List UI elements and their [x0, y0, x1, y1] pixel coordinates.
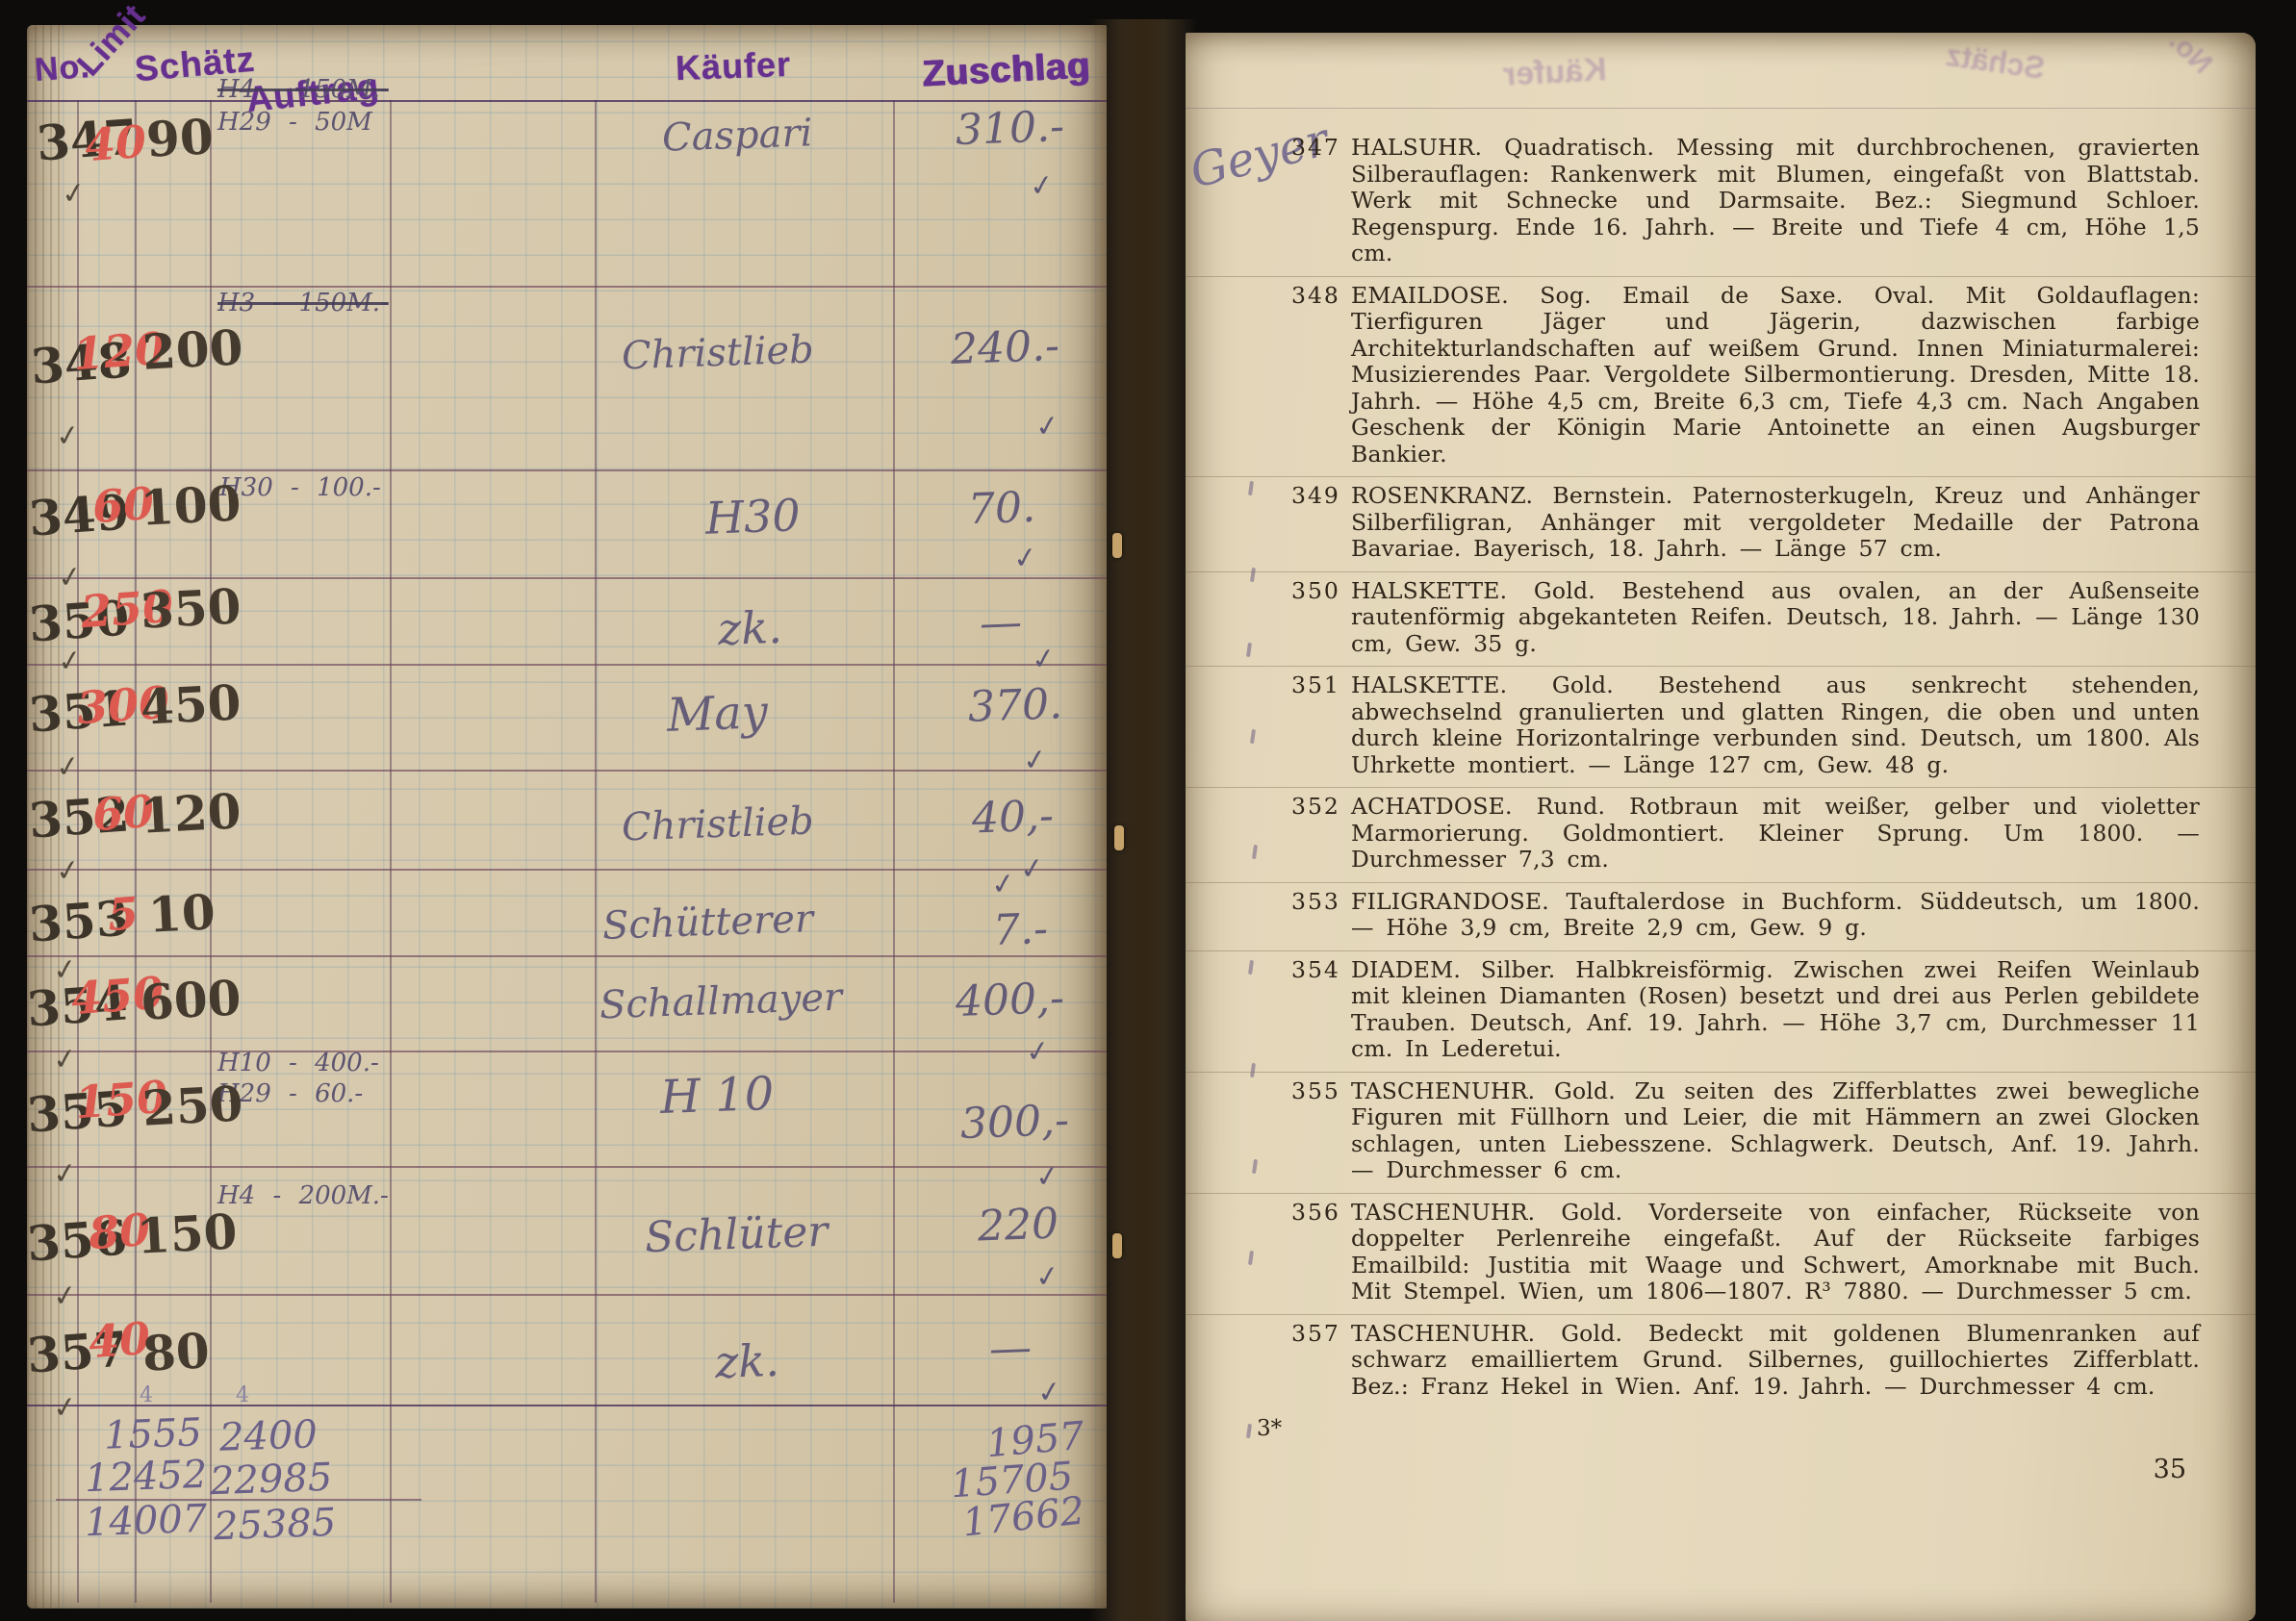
- row-rule: [27, 770, 1107, 772]
- catalog-entry-number: 347: [1291, 135, 1343, 162]
- schaetz-value: 450: [140, 673, 242, 735]
- catalog-entry-text: ACHATDOSE. Rund. Rotbraun mit weißer, ge…: [1351, 793, 2200, 873]
- buyer-name: Schallmayer: [599, 975, 843, 1028]
- buyer-name: Christlieb: [621, 799, 814, 850]
- check-mark: ✓: [1018, 850, 1047, 887]
- check-mark: ✓: [56, 643, 85, 679]
- check-mark: ✓: [51, 1041, 80, 1077]
- row-rule: [27, 1294, 1107, 1296]
- hammer-price: 310.-: [955, 102, 1065, 155]
- auftrag-note: H3 - 150M.-: [217, 289, 389, 317]
- hammer-price: 220: [977, 1200, 1059, 1252]
- row-rule: [27, 869, 1107, 871]
- catalog-entry-number: 351: [1291, 672, 1343, 699]
- scanned-book-spread: No. Limit Schätz Auftrag Käufer Zuschlag…: [0, 0, 2296, 1621]
- row-rule: [27, 469, 1107, 471]
- catalog-entry-number: 349: [1291, 483, 1343, 510]
- schaetz-value: 100: [140, 474, 242, 536]
- ghost-stamp: Käufer: [1502, 51, 1608, 94]
- catalog-entry: 356 TASCHENUHR. Gold. Vorderseite von ei…: [1186, 1194, 2256, 1315]
- catalog-entry-number: 350: [1291, 578, 1343, 605]
- catalog-entry-text: HALSKETTE. Gold. Bestehend aus ovalen, a…: [1351, 577, 2200, 657]
- page-number: 35: [2154, 1455, 2186, 1484]
- check-mark: ✓: [1011, 540, 1040, 576]
- header-kaeufer: Käufer: [675, 44, 791, 89]
- catalog-entry-number: 354: [1291, 957, 1343, 984]
- catalog-entry-text: EMAILDOSE. Sog. Email de Saxe. Oval. Mit…: [1351, 282, 2200, 468]
- check-mark: ✓: [1024, 1033, 1053, 1070]
- schaetz-value: 80: [141, 1322, 212, 1382]
- catalog-entry-number: 357: [1291, 1321, 1343, 1348]
- schaetz-value: 350: [140, 577, 242, 639]
- catalog-entry-number: 355: [1291, 1078, 1343, 1105]
- hammer-price: 7.-: [992, 904, 1049, 955]
- auftrag-note: H29 - 50M: [217, 108, 372, 137]
- catalog-entry: 353 FILIGRANDOSE. Tauftalerdose in Buchf…: [1186, 883, 2256, 951]
- catalog-entry-number: 348: [1291, 283, 1343, 310]
- binding-stitch: [1112, 1233, 1122, 1258]
- carry-digit: 4: [236, 1383, 249, 1407]
- catalog-entry: 355 TASCHENUHR. Gold. Zu seiten des Ziff…: [1186, 1073, 2256, 1194]
- auftrag-note: H10 - 400.-: [217, 1049, 379, 1077]
- check-mark: ✓: [60, 175, 89, 212]
- catalog-entry-text: HALSUHR. Quadratisch. Messing mit durchb…: [1351, 134, 2200, 266]
- buyer-name: Caspari: [661, 111, 813, 160]
- header-rule: [27, 100, 1107, 102]
- buyer-name: zk.: [714, 1334, 780, 1388]
- catalog-entry: 357 TASCHENUHR. Gold. Bedeckt mit golden…: [1186, 1315, 2256, 1409]
- ghost-stamp: Schätz: [1944, 38, 2047, 87]
- totals-rule: [27, 1405, 1107, 1406]
- hammer-price: 300,-: [959, 1096, 1070, 1149]
- hammer-price: 70.: [967, 483, 1036, 534]
- hammer-price: —: [988, 1323, 1033, 1374]
- ghost-rule: [1186, 108, 2256, 109]
- auftrag-note: H4 - 200M.-: [217, 1181, 389, 1210]
- signature-mark: 3*: [1257, 1416, 1282, 1441]
- limit-total: 14007: [84, 1497, 208, 1545]
- hammer-price: 40,-: [971, 792, 1055, 844]
- row-rule: [27, 1051, 1107, 1052]
- catalog-entry-text: TASCHENUHR. Gold. Bedeckt mit goldenen B…: [1351, 1320, 2200, 1400]
- check-mark: ✓: [54, 418, 83, 454]
- catalog-entry: 348 EMAILDOSE. Sog. Email de Saxe. Oval.…: [1186, 277, 2256, 478]
- check-mark: ✓: [989, 866, 1018, 902]
- check-mark: ✓: [54, 852, 83, 889]
- row-rule: [27, 664, 1107, 666]
- row-rule: [27, 577, 1107, 579]
- check-mark: ✓: [51, 1389, 80, 1426]
- limit-value: 5: [106, 887, 140, 941]
- auftrag-note: H30 - 100.-: [219, 473, 381, 502]
- buyer-name: H 10: [659, 1067, 775, 1125]
- schaetz-value: 90: [145, 108, 216, 168]
- catalog-entry-text: DIADEM. Silber. Halbkreisförmig. Zwische…: [1351, 956, 2200, 1063]
- limit-total: 1555: [103, 1410, 202, 1458]
- hammer-price: 400,-: [955, 974, 1065, 1026]
- buyer-name: Schlüter: [644, 1207, 829, 1263]
- column-rule: [893, 100, 895, 1603]
- catalog-entry: 354 DIADEM. Silber. Halbkreisförmig. Zwi…: [1186, 951, 2256, 1073]
- catalog-entry: 352 ACHATDOSE. Rund. Rotbraun mit weißer…: [1186, 788, 2256, 883]
- catalog-entry-text: TASCHENUHR. Gold. Vorderseite von einfac…: [1351, 1199, 2200, 1305]
- row-rule: [27, 1166, 1107, 1168]
- schaetz-total: 22985: [209, 1456, 333, 1504]
- buyer-name: May: [666, 685, 769, 743]
- catalog-entry-text: FILIGRANDOSE. Tauftalerdose in Buchform.…: [1351, 888, 2200, 942]
- catalog-entry-text: HALSKETTE. Gold. Bestehend aus senkrecht…: [1351, 671, 2200, 778]
- schaetz-value: 120: [140, 782, 242, 844]
- check-mark: ✓: [1021, 742, 1050, 778]
- row-rule: [27, 955, 1107, 957]
- buyer-name: zk.: [717, 601, 783, 655]
- column-rule: [390, 100, 392, 1603]
- limit-value: 40: [83, 115, 148, 171]
- ledger-page: No. Limit Schätz Auftrag Käufer Zuschlag…: [27, 25, 1107, 1608]
- catalog-entry-text: TASCHENUHR. Gold. Zu seiten des Zifferbl…: [1351, 1077, 2200, 1184]
- catalog-page: Käufer Schätz No. Geyer 347 HALSUHR. Qua…: [1186, 33, 2256, 1621]
- catalog-entry-number: 356: [1291, 1200, 1343, 1227]
- catalog-entry: 349 ROSENKRANZ. Bernstein. Paternosterku…: [1186, 477, 2256, 572]
- binding-stitch: [1112, 533, 1122, 558]
- ghost-stamp: No.: [2162, 25, 2218, 81]
- check-mark: ✓: [51, 1155, 80, 1192]
- schaetz-value: 150: [136, 1203, 239, 1264]
- check-mark: ✓: [1033, 408, 1062, 444]
- auftrag-note: H4 - 150M.-: [217, 75, 389, 104]
- schaetz-value: 250: [141, 1075, 244, 1136]
- catalog-entry-number: 352: [1291, 794, 1343, 821]
- buyer-name: Christlieb: [621, 328, 814, 379]
- limit-total: 12452: [84, 1453, 208, 1501]
- book-gutter: [1089, 19, 1197, 1621]
- hammer-price: 370.: [967, 679, 1063, 731]
- check-mark: ✓: [1033, 1258, 1062, 1295]
- schaetz-total: 2400: [218, 1412, 318, 1460]
- binding-stitch: [1114, 825, 1124, 850]
- check-mark: ✓: [1028, 167, 1057, 204]
- catalog-entry: 347 HALSUHR. Quadratisch. Messing mit du…: [1186, 129, 2256, 277]
- schaetz-value: 10: [147, 883, 217, 944]
- catalog-entry: 351 HALSKETTE. Gold. Bestehend aus senkr…: [1186, 667, 2256, 788]
- schaetz-total: 25385: [213, 1501, 337, 1549]
- catalog-entry-text: ROSENKRANZ. Bernstein. Paternosterkugeln…: [1351, 482, 2200, 562]
- column-rule: [595, 100, 597, 1603]
- schaetz-value: 200: [141, 318, 244, 380]
- check-mark: ✓: [1035, 1374, 1064, 1410]
- check-mark: ✓: [1033, 1158, 1062, 1195]
- catalog-entry-number: 353: [1291, 889, 1343, 916]
- buyer-name: Schütterer: [601, 897, 814, 949]
- carry-digit: 4: [140, 1383, 153, 1407]
- pencil-tick-mark: [1246, 1424, 1252, 1438]
- check-mark: ✓: [54, 748, 83, 785]
- row-rule: [27, 286, 1107, 288]
- check-mark: ✓: [1030, 641, 1059, 677]
- header-zuschlag: Zuschlag: [921, 45, 1091, 95]
- check-mark: ✓: [51, 1278, 80, 1314]
- buyer-name: H30: [704, 489, 801, 544]
- hammer-price: 240.-: [950, 321, 1060, 374]
- hammer-price: —: [979, 597, 1023, 648]
- catalog-entries: 347 HALSUHR. Quadratisch. Messing mit du…: [1186, 129, 2256, 1408]
- schaetz-value: 600: [140, 969, 242, 1030]
- catalog-entry: 350 HALSKETTE. Gold. Bestehend aus ovale…: [1186, 572, 2256, 668]
